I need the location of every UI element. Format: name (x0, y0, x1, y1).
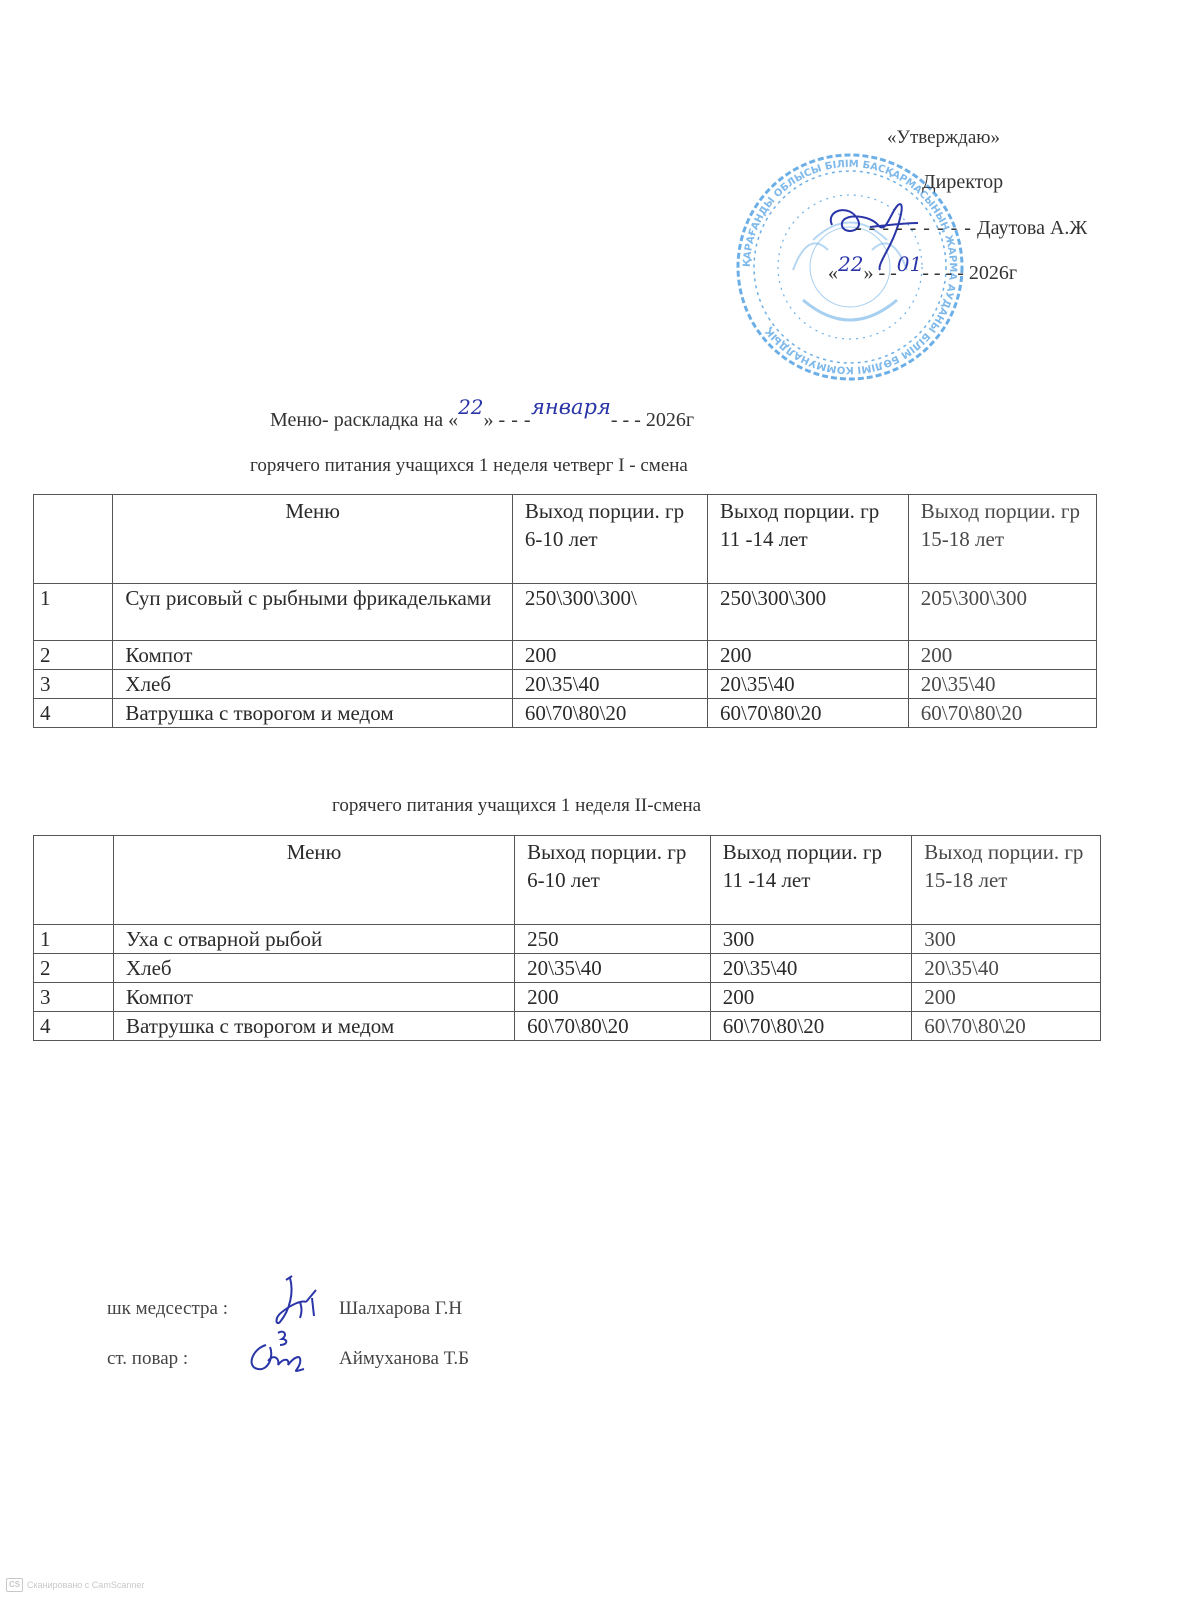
table-header-row: Меню Выход порции. гр 6-10 лет Выход пор… (34, 836, 1101, 925)
portion-15-18: 205\300\300 (908, 584, 1096, 641)
nurse-signature-icon (272, 1272, 332, 1327)
approval-position: Директор (922, 172, 1003, 192)
row-num: 2 (34, 954, 114, 983)
title-day: 22 (458, 395, 483, 419)
portion-6-10: 250\300\300\ (512, 584, 707, 641)
camscanner-logo-icon: CS (6, 1578, 23, 1592)
table-row: 1 Уха с отварной рыбой 250 300 300 (34, 925, 1101, 954)
portion-15-18: 60\70\80\20 (908, 699, 1096, 728)
approval-date-year: 2026г (969, 262, 1017, 284)
approval-name: Даутова А.Ж (977, 217, 1087, 239)
cook-signature-icon (244, 1323, 324, 1378)
portion-11-14: 250\300\300 (708, 584, 909, 641)
header-num (34, 836, 114, 925)
dish-name: Суп рисовый с рыбными фрикадельками (113, 584, 512, 641)
portion-6-10: 60\70\80\20 (512, 699, 707, 728)
title-year: 2026г (646, 409, 694, 431)
portion-6-10: 250 (515, 925, 711, 954)
approval-date-prefix: « (828, 262, 838, 284)
header-age-11-14: Выход порции. гр 11 -14 лет (710, 836, 911, 925)
portion-6-10: 20\35\40 (515, 954, 711, 983)
menu-table-shift-1: Меню Выход порции. гр 6-10 лет Выход пор… (33, 494, 1097, 728)
table-row: 3 Хлеб 20\35\40 20\35\40 20\35\40 (34, 670, 1097, 699)
dish-name: Компот (113, 641, 512, 670)
portion-15-18: 20\35\40 (908, 670, 1096, 699)
dish-name: Уха с отварной рыбой (113, 925, 514, 954)
approval-date-line: «22» - -01- - - - 2026г (828, 262, 1017, 283)
portion-6-10: 200 (515, 983, 711, 1012)
header-age-11-14: Выход порции. гр 11 -14 лет (708, 495, 909, 584)
dish-name: Ватрушка с творогом и медом (113, 1012, 514, 1041)
camscanner-watermark: CS Сканировано с CamScanner (6, 1578, 144, 1592)
portion-15-18: 20\35\40 (912, 954, 1101, 983)
dish-name: Хлеб (113, 954, 514, 983)
header-num (34, 495, 113, 584)
table-row: 3 Компот 200 200 200 (34, 983, 1101, 1012)
table-row: 4 Ватрушка с творогом и медом 60\70\80\2… (34, 699, 1097, 728)
approval-heading: «Утверждаю» (887, 128, 1000, 147)
portion-11-14: 200 (708, 641, 909, 670)
portion-11-14: 60\70\80\20 (708, 699, 909, 728)
row-num: 4 (34, 699, 113, 728)
row-num: 3 (34, 983, 114, 1012)
nurse-name: Шалхарова Г.Н (339, 1298, 462, 1320)
section1-subtitle: горячего питания учащихся 1 неделя четве… (250, 455, 688, 477)
watermark-text: Сканировано с CamScanner (27, 1580, 144, 1590)
portion-6-10: 200 (512, 641, 707, 670)
portion-6-10: 60\70\80\20 (515, 1012, 711, 1041)
header-menu: Меню (113, 495, 512, 584)
table-header-row: Меню Выход порции. гр 6-10 лет Выход пор… (34, 495, 1097, 584)
dish-name: Ватрушка с творогом и медом (113, 699, 512, 728)
dish-name: Хлеб (113, 670, 512, 699)
portion-15-18: 200 (912, 983, 1101, 1012)
menu-table-shift-2: Меню Выход порции. гр 6-10 лет Выход пор… (33, 835, 1101, 1041)
row-num: 1 (34, 584, 113, 641)
portion-15-18: 200 (908, 641, 1096, 670)
title-prefix: Меню- раскладка на « (270, 409, 458, 431)
portion-11-14: 20\35\40 (710, 954, 911, 983)
row-num: 2 (34, 641, 113, 670)
row-num: 4 (34, 1012, 114, 1041)
table-row: 2 Хлеб 20\35\40 20\35\40 20\35\40 (34, 954, 1101, 983)
section2-subtitle: горячего питания учащихся 1 неделя II-см… (332, 795, 701, 817)
header-menu: Меню (113, 836, 514, 925)
portion-11-14: 60\70\80\20 (710, 1012, 911, 1041)
row-num: 3 (34, 670, 113, 699)
dish-name: Компот (113, 983, 514, 1012)
portion-11-14: 200 (710, 983, 911, 1012)
nurse-role: шк медсестра : (107, 1298, 228, 1320)
row-num: 1 (34, 925, 114, 954)
header-age-15-18: Выход порции. гр 15-18 лет (912, 836, 1101, 925)
table-row: 4 Ватрушка с творогом и медом 60\70\80\2… (34, 1012, 1101, 1041)
header-age-15-18: Выход порции. гр 15-18 лет (908, 495, 1096, 584)
header-age-6-10: Выход порции. гр 6-10 лет (512, 495, 707, 584)
document-title: Меню- раскладка на «22» - - -января- - -… (270, 407, 694, 432)
portion-11-14: 300 (710, 925, 911, 954)
title-month: января (531, 395, 611, 419)
portion-15-18: 60\70\80\20 (912, 1012, 1101, 1041)
portion-6-10: 20\35\40 (512, 670, 707, 699)
table-row: 1 Суп рисовый с рыбными фрикадельками 25… (34, 584, 1097, 641)
table-row: 2 Компот 200 200 200 (34, 641, 1097, 670)
approval-name-line: - - - - - - - - - Даутова А.Ж (855, 218, 1087, 238)
header-age-6-10: Выход порции. гр 6-10 лет (515, 836, 711, 925)
portion-15-18: 300 (912, 925, 1101, 954)
portion-11-14: 20\35\40 (708, 670, 909, 699)
approval-date-month: 01 (897, 252, 922, 276)
approval-date-day: 22 (838, 252, 863, 276)
cook-name: Аймуханова Т.Б (339, 1348, 469, 1370)
cook-role: ст. повар : (107, 1348, 188, 1370)
